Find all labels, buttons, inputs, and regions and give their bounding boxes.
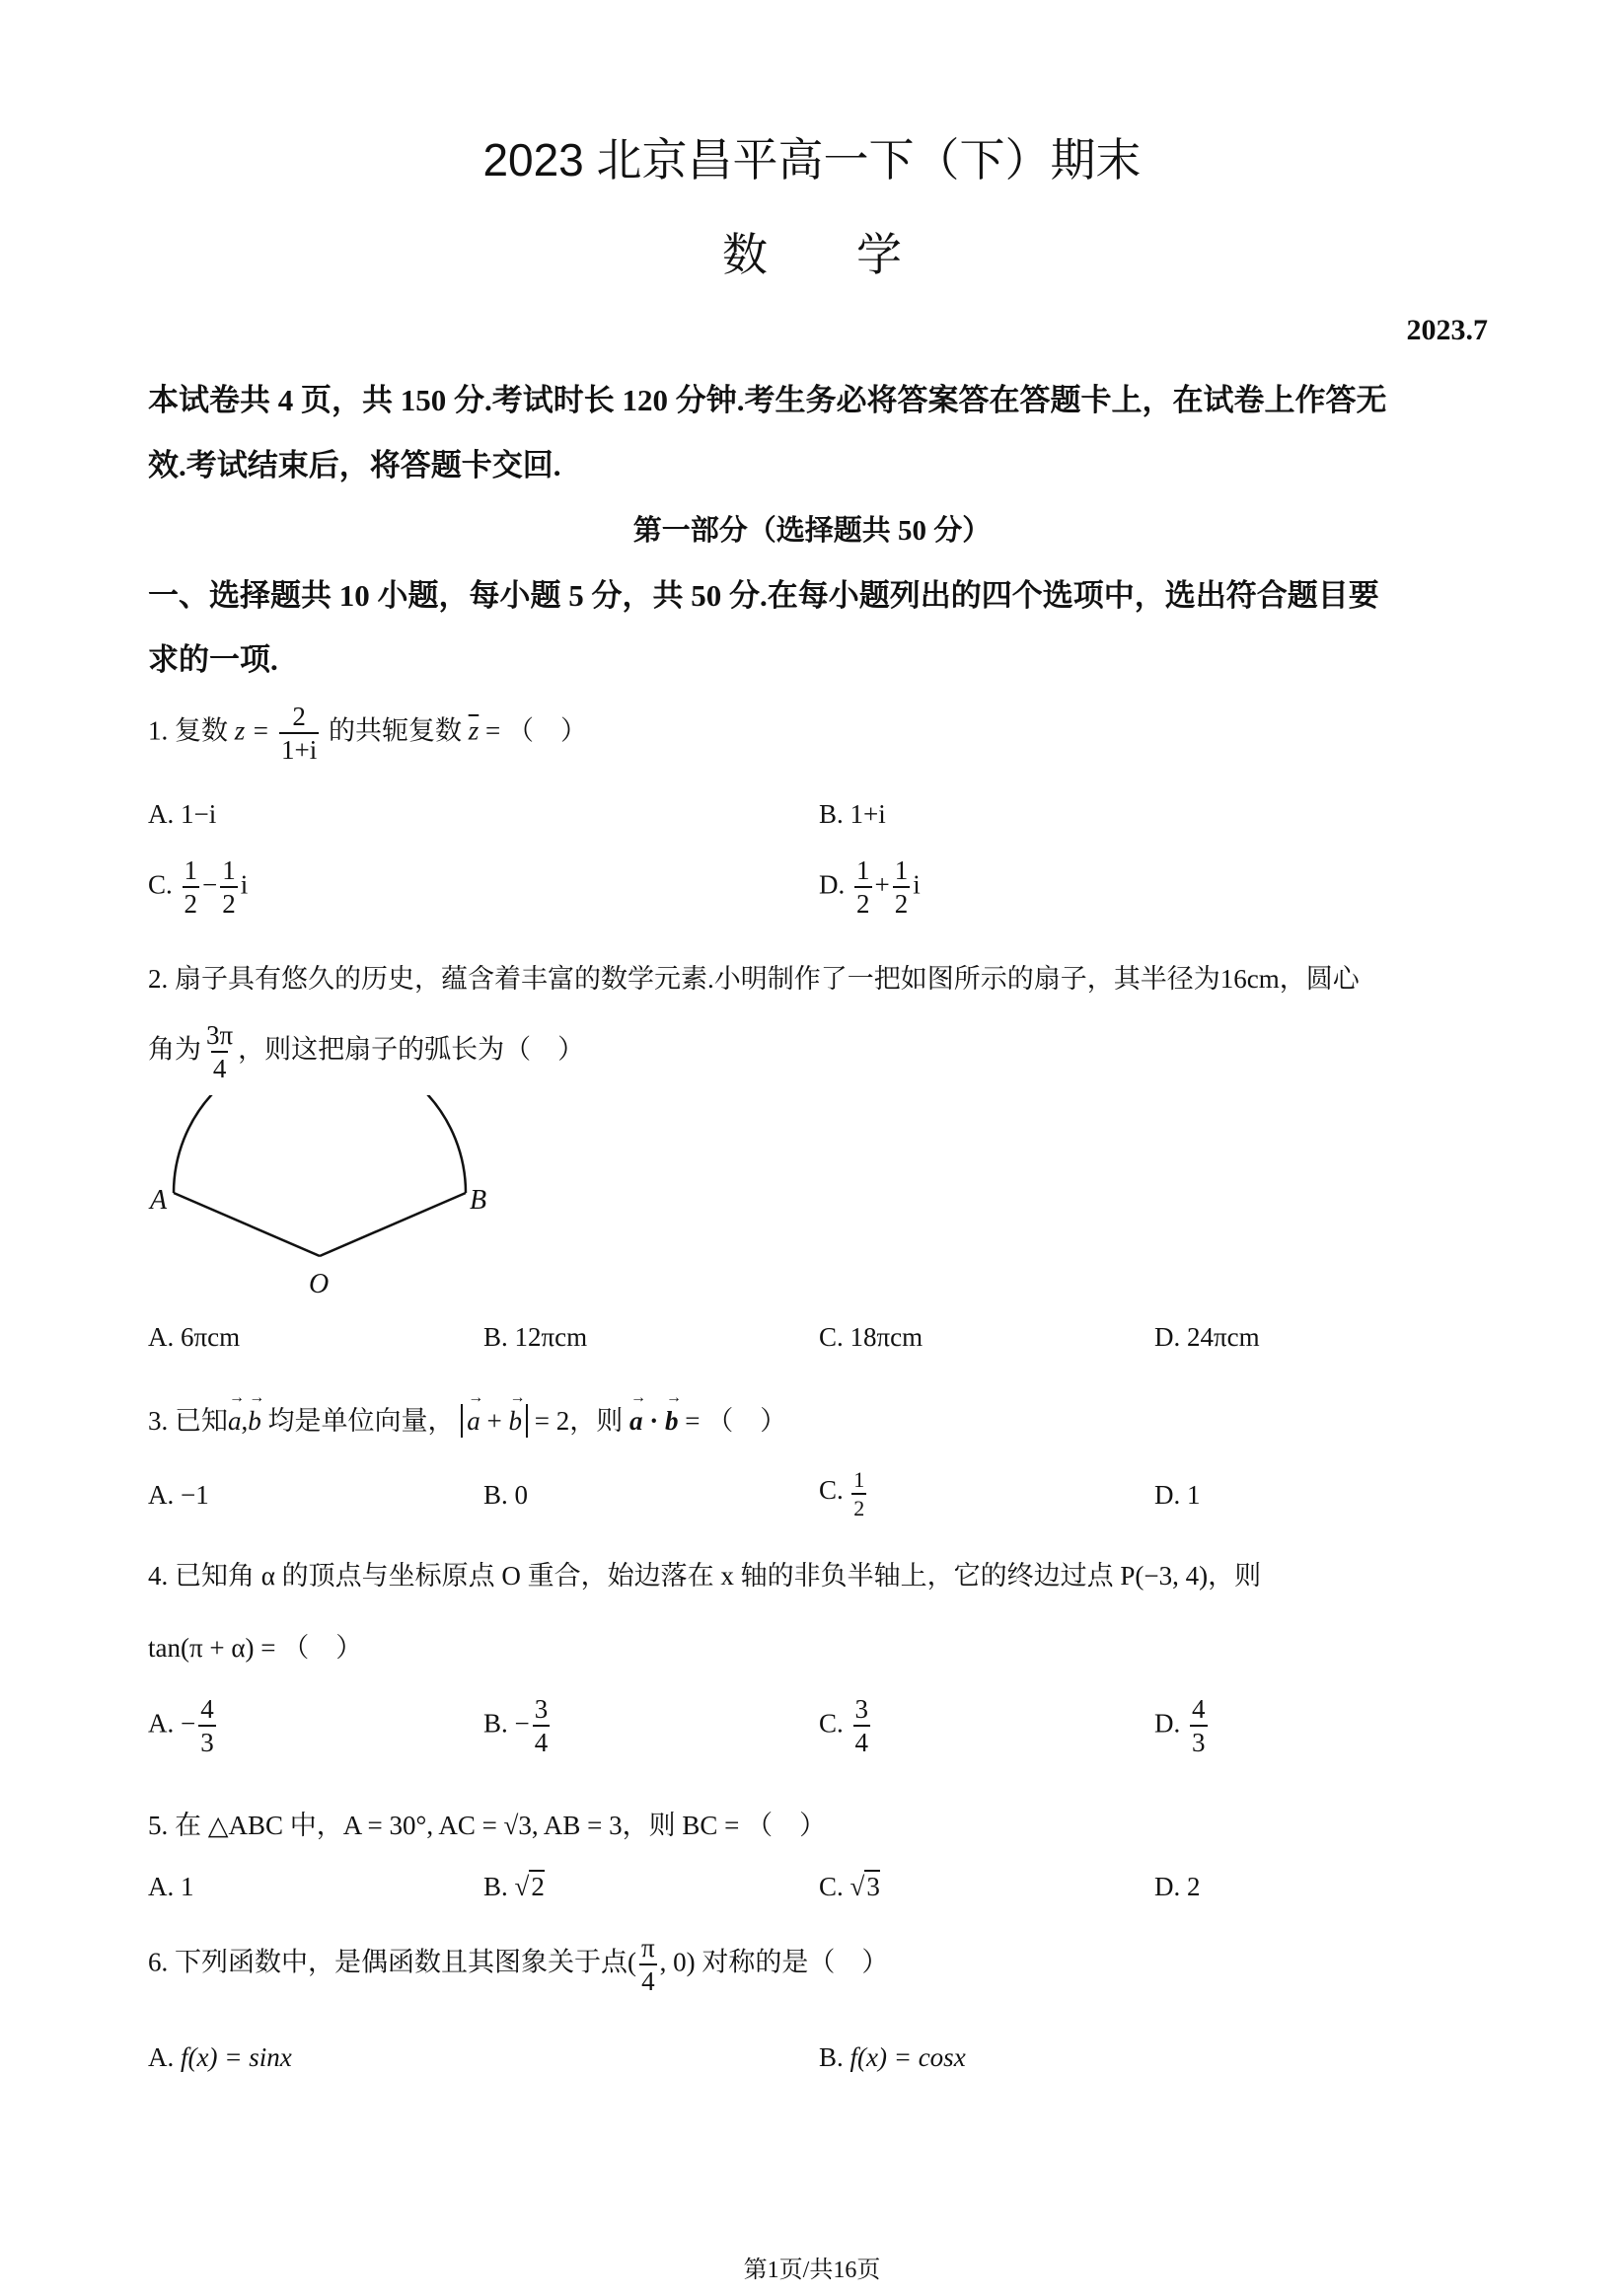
page-indicator: 第1页/共16页 (0, 2250, 1624, 2284)
question-number: 4. (148, 1561, 168, 1591)
option-4b: B. −34 (483, 1695, 553, 1757)
instructions-line-1: 本试卷共 4 页，共 150 分.考试时长 120 分钟.考生务必将答案答在答题… (148, 375, 1387, 419)
option-3b: B. 0 (483, 1480, 528, 1511)
option-2a: A. 6πcm (148, 1322, 240, 1353)
option-5b: B. √2 (483, 1872, 545, 1902)
point-label-a: A (148, 1185, 168, 1216)
section-instructions-line-1: 一、选择题共 10 小题，每小题 5 分，共 50 分.在每小题列出的四个选项中… (148, 570, 1379, 615)
question-4-line-2: tan(π + α) = （ ） (148, 1626, 362, 1665)
section-instructions-line-2: 求的一项. (148, 634, 278, 679)
point-label-b: B (470, 1185, 486, 1216)
question-number: 6. (148, 1948, 168, 1977)
instructions-line-2: 效.考试结束后，将答题卡交回. (148, 440, 561, 484)
question-3: 3. 已知a,b 均是单位向量， a + b = 2，则 a · b = （ ） (148, 1399, 786, 1438)
fraction: 2 1+i (279, 703, 319, 765)
question-number: 5. (148, 1811, 168, 1840)
question-2-line-1: 2. 扇子具有悠久的历史，蕴含着丰富的数学元素.小明制作了一把如图所示的扇子，其… (148, 957, 1360, 996)
option-3a: A. −1 (148, 1480, 209, 1511)
option-5c: C. √3 (819, 1872, 880, 1902)
point-label-o: O (309, 1269, 329, 1299)
subject-title: 数学 (0, 219, 1624, 284)
part-heading: 第一部分（选择题共 50 分） (0, 508, 1624, 549)
option-2d: D. 24πcm (1154, 1322, 1260, 1353)
option-3d: D. 1 (1154, 1480, 1201, 1511)
option-1a: A. 1−i (148, 799, 216, 830)
option-1c: C. 12−12i (148, 856, 248, 919)
option-4a: A. −43 (148, 1695, 219, 1757)
question-1: 1. 复数 z = 2 1+i 的共轭复数 z = （ ） (148, 703, 587, 765)
question-number: 1. (148, 716, 168, 746)
question-2-line-2: 角为3π4，则这把扇子的弧长为（ ） (148, 1021, 584, 1083)
fan-sector-figure: A B O (138, 1095, 553, 1312)
question-number: 2. (148, 964, 168, 994)
question-4-line-1: 4. 已知角 α 的顶点与坐标原点 O 重合，始边落在 x 轴的非负半轴上，它的… (148, 1554, 1261, 1592)
question-6: 6. 下列函数中，是偶函数且其图象关于点(π4, 0) 对称的是（ ） (148, 1934, 888, 1996)
option-3c: C. 12 (819, 1468, 869, 1519)
question-5: 5. 在 △ABC 中，A = 30°, AC = √3, AB = 3，则 B… (148, 1804, 826, 1842)
option-1d: D. 12+12i (819, 856, 921, 919)
option-5d: D. 2 (1154, 1872, 1201, 1902)
option-2b: B. 12πcm (483, 1322, 587, 1353)
option-6b: B. f(x) = cosx (819, 2042, 966, 2073)
option-5a: A. 1 (148, 1872, 194, 1902)
question-number: 3. (148, 1406, 168, 1436)
option-1b: B. 1+i (819, 799, 886, 830)
page-title: 2023 北京昌平高一下（下）期末 (0, 124, 1624, 189)
option-4d: D. 43 (1154, 1695, 1211, 1757)
option-4c: C. 34 (819, 1695, 873, 1757)
exam-date: 2023.7 (1407, 314, 1489, 347)
option-2c: C. 18πcm (819, 1322, 923, 1353)
option-6a: A. f(x) = sinx (148, 2042, 292, 2073)
